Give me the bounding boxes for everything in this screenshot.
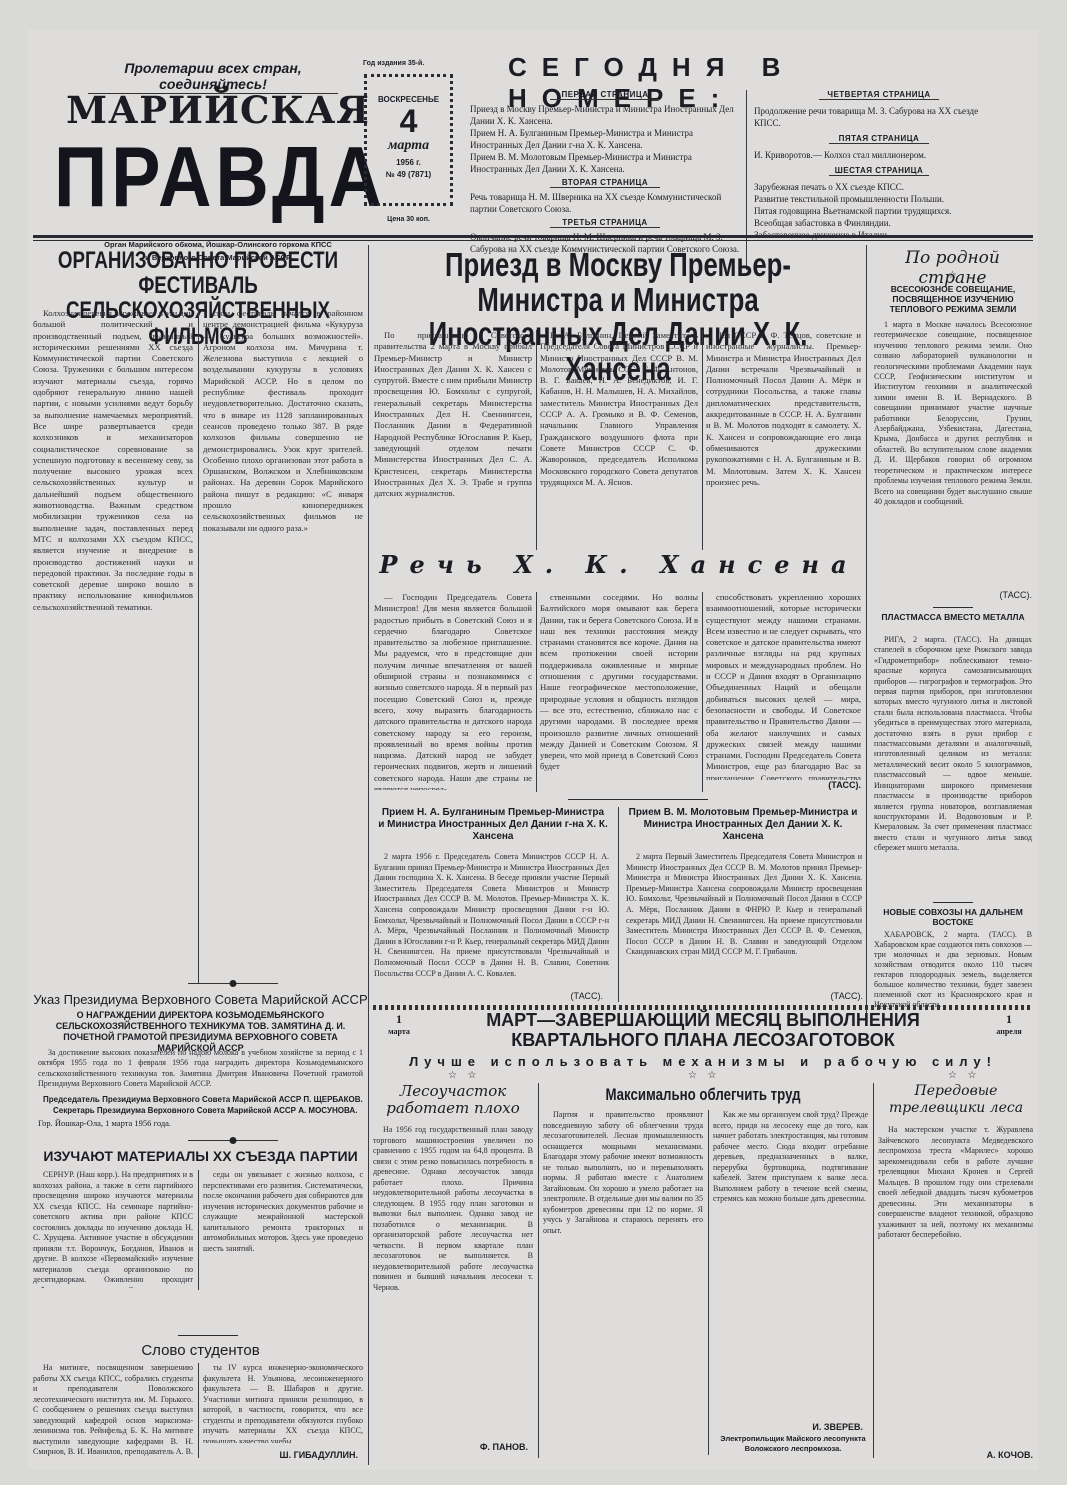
forestry-col2-signature: И. ЗВЕРЕВ. xyxy=(748,1422,863,1432)
toc-item[interactable]: Прием Н. А. Булганиным Премьер-Министра … xyxy=(470,127,740,151)
rodnaya-item2-headline: ПЛАСТМАССА ВМЕСТО МЕТАЛЛА xyxy=(874,612,1032,622)
stars-icon: ☆ ☆ xyxy=(688,1070,720,1081)
hansen-speech-headline: Речь Х. К. Хансена xyxy=(374,550,864,579)
hansen-speech-col3: способствовать укреплению хороших взаимо… xyxy=(706,592,861,780)
hansen-speech-col2: ственными соседями. Но волны Балтийского… xyxy=(540,592,698,790)
rodnaya-item1-text: 1 марта в Москве началось Всесоюзное гео… xyxy=(874,320,1032,574)
forestry-col1-signature: Ф. ПАНОВ. xyxy=(428,1442,528,1452)
toc-page-3: ТРЕТЬЯ СТРАНИЦА xyxy=(550,218,660,228)
toc-page-2: ВТОРАЯ СТРАНИЦА xyxy=(550,178,660,188)
toc-item[interactable]: Развитие текстильной промышленности Поль… xyxy=(754,193,1004,205)
toc-page-5: ПЯТАЯ СТРАНИЦА xyxy=(829,134,929,144)
toc-item[interactable]: Прием В. М. Молотовым Премьер-Министра и… xyxy=(470,151,740,175)
decree-headline: Указ Президиума Верховного Совета Марийс… xyxy=(33,992,368,1007)
hansen-arrival-col3: Дел СССР Г. Ф. Тепцов, советские и иност… xyxy=(706,330,861,548)
month-name: марта xyxy=(367,138,450,154)
forestry-col3-text: На мастерском участке т. Журавлева Зайче… xyxy=(878,1125,1033,1445)
forestry-col2-text-b: Как же мы организуем свой труд? Прежде в… xyxy=(713,1110,868,1430)
year: 1956 г. xyxy=(367,158,450,167)
molotov-reception-source: (ТАСС). xyxy=(778,991,863,1001)
rodnaya-item2-text: РИГА, 2 марта. (ТАСС). На днищах стапеле… xyxy=(874,635,1032,897)
toc-page-6: ШЕСТАЯ СТРАНИЦА xyxy=(829,166,929,176)
date-box: ВОСКРЕСЕНЬЕ 4 марта 1956 г. № 49 (7871) xyxy=(364,74,453,206)
forestry-banner-headline: МАРТ—ЗАВЕРШАЮЩИЙ МЕСЯЦ ВЫПОЛНЕНИЯ КВАРТА… xyxy=(438,1010,968,1050)
toc-item[interactable]: Всеобщая забастовка в Финляндии. xyxy=(754,217,1004,229)
festival-col2: ском фестиваль начался в районном центре… xyxy=(203,308,363,988)
students-col2: ты IV курса инженерно-экономического фак… xyxy=(203,1363,363,1443)
decree-signature-chair: Председатель Президиума Верховного Совет… xyxy=(43,1095,363,1104)
bulganin-reception-text: 2 марта 1956 г. Председатель Совета Мини… xyxy=(374,852,609,1002)
year-of-publication: Год издания 35-й. xyxy=(363,60,424,67)
congress-materials-headline: ИЗУЧАЮТ МАТЕРИАЛЫ XX СЪЕЗДА ПАРТИИ xyxy=(33,1148,368,1164)
congress-materials-col2: седы он увязывает с жизнью колхоза, с пе… xyxy=(203,1170,363,1288)
toc-item[interactable]: Приезд в Москву Премьер-Министра и Минис… xyxy=(470,103,740,127)
toc-item[interactable]: Речь товарища Н. М. Шверника на XX съезд… xyxy=(470,191,740,215)
rodnaya-strana-rubric: По родной стране xyxy=(870,248,1035,288)
hansen-speech-source: (ТАСС). xyxy=(768,780,861,790)
forestry-col3-headline: Передовые трелевщики леса xyxy=(876,1083,1036,1117)
decree-place-date: Гор. Йошкар-Ола, 1 марта 1956 года. xyxy=(38,1118,363,1128)
forestry-col1-text: На 1956 год государственный план заводу … xyxy=(373,1125,533,1425)
forestry-subheadline: Лучше использовать механизмы и рабочую с… xyxy=(373,1054,1033,1069)
newspaper-title-line2: ПРАВДА xyxy=(50,128,390,226)
toc-page-1: ПЕРВАЯ СТРАНИЦА xyxy=(550,90,660,100)
rodnaya-item1-source: (ТАСС). xyxy=(948,590,1032,600)
star-icon: ☆ xyxy=(870,270,1035,281)
molotov-reception-headline: Прием В. М. Молотовым Премьер-Министра и… xyxy=(628,807,858,843)
forestry-col1-headline: Лесоучасток работает плохо xyxy=(373,1083,533,1117)
banner-end-date: 1 апреля xyxy=(988,1012,1030,1036)
students-col1: На митинге, посвященном завершению работ… xyxy=(33,1363,193,1458)
forestry-col2-caption: Электропильщик Майского лесопункта Волож… xyxy=(718,1434,868,1454)
toc-item[interactable]: Зарубежная печать о XX съезде КПСС. xyxy=(754,181,1004,193)
day-number: 4 xyxy=(367,104,450,138)
stars-icon: ☆ ☆ xyxy=(448,1070,480,1081)
newspaper-title-line1: МАРИЙСКАЯ xyxy=(58,88,378,132)
toc-item[interactable]: Продолжение речи товарища М. З. Сабурова… xyxy=(754,105,1004,129)
forestry-col2-text-a: Партия и правительство проявляют повседн… xyxy=(543,1110,703,1450)
hansen-speech-col1: — Господин Председатель Совета Министров… xyxy=(374,592,532,790)
banner-start-date: 1 марта xyxy=(378,1012,420,1036)
toc-item[interactable]: И. Криворотов.— Колхоз стал миллионером. xyxy=(754,149,1004,161)
hansen-arrival-col1: По приглашению Советского правительства … xyxy=(374,330,532,548)
forestry-col3-signature: А. КОЧОВ. xyxy=(948,1450,1033,1460)
students-headline: Слово студентов xyxy=(33,1342,368,1359)
congress-materials-col1: СЕРНУР. (Наш корр.). На предприятиях и в… xyxy=(33,1170,193,1288)
newspaper-page: Пролетарии всех стран, соединяйтесь! МАР… xyxy=(28,30,1038,1470)
rodnaya-item3-headline: НОВЫЕ СОВХОЗЫ НА ДАЛЬНЕМ ВОСТОКЕ xyxy=(874,907,1032,927)
festival-col1: Колхозная деревня переживает в эти дни б… xyxy=(33,308,193,988)
molotov-reception-text: 2 марта Первый Заместитель Председателя … xyxy=(626,852,862,992)
decree-text: За достижение высоких показателей по над… xyxy=(38,1048,363,1090)
toc-left: ПЕРВАЯ СТРАНИЦА Приезд в Москву Премьер-… xyxy=(470,90,740,255)
issue-number: № 49 (7871) xyxy=(367,170,450,179)
toc-page-4: ЧЕТВЕРТАЯ СТРАНИЦА xyxy=(819,90,939,100)
toc-item[interactable]: Пятая годовщина Вьетнамской партии трудя… xyxy=(754,205,1004,217)
decree-signature-secretary: Секретарь Президиума Верховного Совета М… xyxy=(53,1106,363,1115)
forestry-col2-headline: Максимально облегчить труд xyxy=(567,1086,840,1104)
toc-right: ЧЕТВЕРТАЯ СТРАНИЦА Продолжение речи това… xyxy=(754,90,1004,241)
bulganin-reception-headline: Прием Н. А. Булганиным Премьер-Министра … xyxy=(378,807,608,843)
students-signature: Ш. ГИБАДУЛЛИН. xyxy=(228,1450,358,1460)
bulganin-reception-source: (ТАСС). xyxy=(518,991,603,1001)
rodnaya-item1-headline: ВСЕСОЮЗНОЕ СОВЕЩАНИЕ, ПОСВЯЩЕННОЕ ИЗУЧЕН… xyxy=(874,284,1032,314)
hansen-arrival-col2: Н. А. Булганин, Первый Заместитель Предс… xyxy=(540,330,698,548)
stars-icon: ☆ ☆ xyxy=(948,1070,980,1081)
price: Цена 30 коп. xyxy=(364,216,453,223)
rodnaya-item3-text: ХАБАРОВСК, 2 марта. (ТАСС). В Хабаровско… xyxy=(874,930,1032,1010)
